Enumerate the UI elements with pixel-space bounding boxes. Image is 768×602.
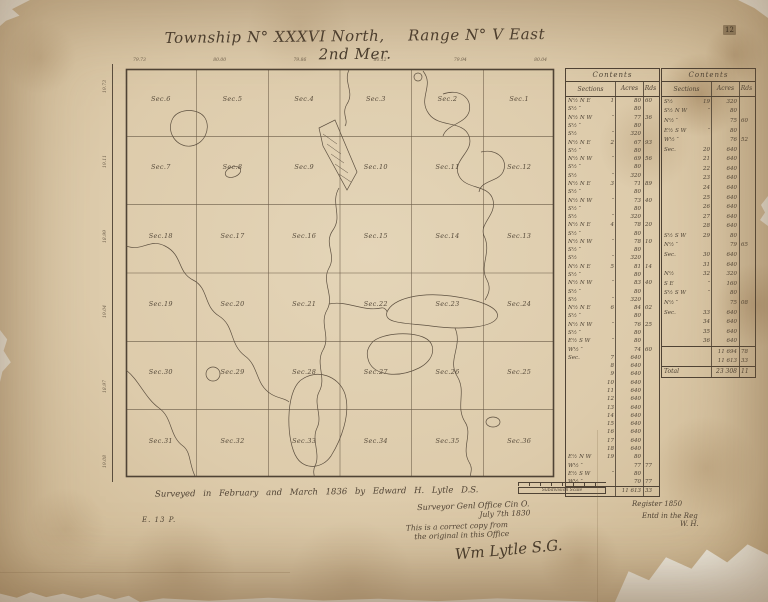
table-row: 34 640 <box>662 317 755 327</box>
boundary-measurement: 80.12 <box>374 58 387 63</box>
rods-value <box>643 172 657 180</box>
table-row: N½ N W ″ 73 40 <box>566 196 659 204</box>
rods-value <box>643 395 657 403</box>
section-number: ″ <box>698 108 711 114</box>
acres-value: 320 <box>615 296 643 304</box>
acres-value: 640 <box>615 428 643 436</box>
table-row: Total 23 308 11 <box>662 366 755 377</box>
section-label: Sec.12 <box>483 136 555 204</box>
north-boundary-measurements: 79.7380.0079.8680.1279.9480.04 <box>133 58 547 63</box>
table-row: W½ ″ 77 77 <box>566 461 659 469</box>
boundary-measurement: 79.86 <box>293 58 306 63</box>
section-label: Sec.36 <box>483 410 555 478</box>
section-number: 24 <box>698 185 711 191</box>
subdivision-scale-bar: Subdivision Scale <box>518 482 606 494</box>
acres-value: 640 <box>711 202 739 212</box>
subdivision-desc: S½ <box>566 173 602 179</box>
rods-value: 52 <box>739 135 753 145</box>
section-number: 5 <box>602 264 615 270</box>
acres-value: 640 <box>615 379 643 387</box>
subdivision-desc: S½ <box>566 297 602 303</box>
section-number: ″ <box>602 131 615 137</box>
section-label: Sec.18 <box>125 205 197 273</box>
rods-value: 02 <box>643 304 657 312</box>
subdivision-desc: E½ S W <box>566 471 602 477</box>
table-row: S½ ″ 80 <box>566 271 659 279</box>
acres-value: 80 <box>711 231 739 241</box>
section-label: Sec.23 <box>412 273 484 341</box>
subdivision-desc: N½ <box>662 271 698 277</box>
rods-value <box>643 420 657 428</box>
subdivision-desc: W½ ″ <box>566 347 602 353</box>
table-row: 28 640 <box>662 222 755 232</box>
table-row: E½ S W ″ 80 <box>566 337 659 345</box>
table-body: S½ 19 320 S½ N W ″ 80 N½ ″ 75 60 E½ S W <box>662 97 755 377</box>
boundary-measurement: 18.97 <box>102 380 107 393</box>
acres-value: 640 <box>711 154 739 164</box>
table-column-headers: Sections Acres Rds <box>566 82 659 97</box>
subdivision-desc: N½ N E <box>566 98 602 104</box>
acres-value: 69 <box>615 155 643 163</box>
rods-value <box>643 163 657 171</box>
subdivision-desc: S½ ″ <box>566 189 602 195</box>
section-number: 23 <box>698 175 711 181</box>
table-row: 18 640 <box>566 445 659 453</box>
table-title: Contents <box>662 69 755 82</box>
section-label: Sec.31 <box>125 410 197 478</box>
acres-value: 80 <box>615 188 643 196</box>
subdivision-desc: S½ ″ <box>566 330 602 336</box>
table-row: W½ ″ 74 60 <box>566 345 659 353</box>
register-block: Register 1850 Entd in the Reg W. H. <box>614 500 744 528</box>
section-number: 4 <box>602 222 615 228</box>
table-row: E½ S W ″ 80 <box>566 470 659 478</box>
table-row: 21 640 <box>662 154 755 164</box>
subdivision-desc: N½ N W <box>566 239 602 245</box>
table-row: N½ N E 4 78 20 <box>566 221 659 229</box>
table-row: S½ ″ 80 <box>566 205 659 213</box>
table-row: 11 613 33 <box>662 357 755 367</box>
table-row: N½ N E 6 84 02 <box>566 304 659 312</box>
acres-value: 83 <box>615 279 643 287</box>
rods-value: 11 <box>739 367 753 377</box>
section-number: 25 <box>698 195 711 201</box>
acres-value: 80 <box>615 287 643 295</box>
subdivision-desc: N½ N E <box>566 305 602 311</box>
rods-value: 36 <box>643 114 657 122</box>
section-number: ″ <box>698 290 711 296</box>
acres-value: 640 <box>615 412 643 420</box>
section-label: Sec.33 <box>268 410 340 478</box>
rods-value <box>739 126 753 136</box>
subdivision-desc: W½ ″ <box>662 137 698 143</box>
section-number: 19 <box>602 454 615 460</box>
acres-value: 80 <box>615 230 643 238</box>
rods-value <box>739 164 753 174</box>
subdivision-desc: W½ ″ <box>566 463 602 469</box>
meridian-line <box>112 64 113 482</box>
table-row: S½ ″ 320 <box>566 254 659 262</box>
table-row: N½ N W ″ 83 40 <box>566 279 659 287</box>
table-row: 8 640 <box>566 362 659 370</box>
acres-value: 76 <box>615 321 643 329</box>
subdivision-desc: S½ ″ <box>566 247 602 253</box>
scale-ruler <box>518 482 606 486</box>
acres-value: 80 <box>615 453 643 461</box>
certification-block: Surveyor Genl Office Cin O. July 7th 183… <box>387 496 629 561</box>
table-row: S½ ″ 320 <box>566 296 659 304</box>
table-row: S½ ″ 320 <box>566 213 659 221</box>
table-row: N½ N W ″ 76 25 <box>566 321 659 329</box>
rods-value <box>739 308 753 318</box>
rods-value: 33 <box>739 357 753 367</box>
acres-value: 75 <box>711 298 739 308</box>
col-rds: Rds <box>643 82 657 96</box>
table-row: N½ ″ 75 08 <box>662 298 755 308</box>
scale-label: Subdivision Scale <box>518 487 606 494</box>
rods-value <box>643 130 657 138</box>
acres-value: 80 <box>711 289 739 299</box>
rods-value <box>643 412 657 420</box>
acres-value: 78 <box>615 221 643 229</box>
table-row: 11 640 <box>566 387 659 395</box>
subdivision-desc: S½ ″ <box>566 106 602 112</box>
subdivision-desc: S½ ″ <box>566 148 602 154</box>
section-number: ″ <box>602 115 615 121</box>
subdivision-desc: E½ N W <box>566 454 602 460</box>
rods-value <box>739 145 753 155</box>
acres-value: 640 <box>615 420 643 428</box>
boundary-measurement: 79.94 <box>454 58 467 63</box>
section-label: Sec.16 <box>268 205 340 273</box>
table-row: 15 640 <box>566 420 659 428</box>
rods-value <box>643 453 657 461</box>
table-row: Sec. 30 640 <box>662 250 755 260</box>
table-row: 16 640 <box>566 428 659 436</box>
table-row: 17 640 <box>566 437 659 445</box>
township-plat-map: Sec.6Sec.5Sec.4Sec.3Sec.2Sec.1Sec.7Sec.8… <box>125 68 555 478</box>
rods-value <box>739 250 753 260</box>
table-row: 9 640 <box>566 370 659 378</box>
rods-value <box>643 428 657 436</box>
page-number-stamp: 12 <box>723 25 736 35</box>
acres-value: 11 613 <box>711 357 739 367</box>
rods-value: 93 <box>643 138 657 146</box>
rods-value: 25 <box>643 321 657 329</box>
section-number: 15 <box>602 421 615 427</box>
acres-value: 74 <box>615 345 643 353</box>
rods-value: 10 <box>643 238 657 246</box>
section-number: 22 <box>698 166 711 172</box>
rods-value <box>739 327 753 337</box>
table-row: S½ N W ″ 80 <box>662 107 755 117</box>
table-body: N½ N E 1 80 60 S½ ″ 80 N½ N W ″ 77 36 S½… <box>566 97 659 496</box>
section-number: 6 <box>602 305 615 311</box>
subdivision-desc: S½ <box>566 131 602 137</box>
section-number: ″ <box>602 322 615 328</box>
table-row: 12 640 <box>566 395 659 403</box>
table-row: S½ S W 29 80 <box>662 231 755 241</box>
rods-value <box>739 107 753 117</box>
section-number: 1 <box>602 98 615 104</box>
plat-reference-note: E. 13 P. <box>142 516 176 524</box>
section-label: Sec.25 <box>483 341 555 409</box>
section-number: ″ <box>602 255 615 261</box>
table-row: 23 640 <box>662 174 755 184</box>
section-number: ″ <box>602 173 615 179</box>
township-title: Township N° XXXVI North, <box>165 27 385 47</box>
subdivision-desc: Sec. <box>566 355 602 361</box>
section-label: Sec.32 <box>197 410 269 478</box>
section-number: ″ <box>602 280 615 286</box>
section-label: Sec.27 <box>340 341 412 409</box>
subdivision-desc: Total <box>662 368 698 375</box>
acres-value: 11 694 <box>711 347 739 357</box>
table-row: Sec. 20 640 <box>662 145 755 155</box>
section-number: ″ <box>602 239 615 245</box>
section-label: Sec.6 <box>125 68 197 136</box>
rods-value <box>643 403 657 411</box>
subdivision-desc: S½ ″ <box>566 206 602 212</box>
table-row: N½ 32 320 <box>662 269 755 279</box>
section-number: ″ <box>602 471 615 477</box>
section-label: Sec.35 <box>412 410 484 478</box>
rods-value <box>739 154 753 164</box>
table-row: S E ″ 160 <box>662 279 755 289</box>
rods-value <box>739 212 753 222</box>
rods-value <box>643 445 657 453</box>
section-number: 34 <box>698 319 711 325</box>
rods-value <box>739 269 753 279</box>
section-number: 12 <box>602 396 615 402</box>
acres-value: 79 <box>711 241 739 251</box>
rods-value <box>643 122 657 130</box>
subdivision-desc: N½ N W <box>566 280 602 286</box>
subdivision-desc: N½ N W <box>566 198 602 204</box>
rods-value: 89 <box>643 180 657 188</box>
acres-value: 640 <box>711 174 739 184</box>
rods-value: 20 <box>643 221 657 229</box>
rods-value <box>739 317 753 327</box>
rods-value: 33 <box>643 487 657 495</box>
acres-value: 320 <box>711 97 739 107</box>
section-number: 35 <box>698 329 711 335</box>
section-label: Sec.34 <box>340 410 412 478</box>
section-label: Sec.19 <box>125 273 197 341</box>
section-label: Sec.15 <box>340 205 412 273</box>
boundary-measurement: 19.08 <box>102 455 107 468</box>
subdivision-desc: N½ N E <box>566 264 602 270</box>
col-acres: Acres <box>615 82 643 96</box>
table-row: 24 640 <box>662 183 755 193</box>
acres-value: 11 613 <box>615 487 643 495</box>
section-label: Sec.24 <box>483 273 555 341</box>
acres-value: 640 <box>615 395 643 403</box>
subdivision-desc: S½ ″ <box>566 289 602 295</box>
table-row: S½ S W ″ 80 <box>662 289 755 299</box>
section-number: 33 <box>698 310 711 316</box>
table-row: Sec. 7 640 <box>566 354 659 362</box>
acres-value: 640 <box>615 370 643 378</box>
acres-value: 80 <box>615 337 643 345</box>
subdivision-desc: N½ N E <box>566 222 602 228</box>
section-number: ″ <box>602 214 615 220</box>
section-label: Sec.14 <box>412 205 484 273</box>
table-row: W½ ″ 76 52 <box>662 135 755 145</box>
section-number: ″ <box>698 281 711 287</box>
acres-value: 320 <box>711 269 739 279</box>
table-row: S½ ″ 320 <box>566 130 659 138</box>
rods-value: 60 <box>643 345 657 353</box>
subdivision-desc: E½ S W <box>662 128 698 134</box>
acres-value: 76 <box>711 135 739 145</box>
acres-value: 640 <box>711 327 739 337</box>
acres-value: 80 <box>711 107 739 117</box>
section-number: 27 <box>698 214 711 220</box>
table-row: N½ N E 5 81 14 <box>566 263 659 271</box>
contents-table-right: Contents Sections Acres Rds S½ 19 320 S½… <box>661 68 756 378</box>
section-number: 8 <box>602 363 615 369</box>
rods-value <box>643 254 657 262</box>
subdivision-desc: N½ ″ <box>662 300 698 306</box>
boundary-measurement: 18.99 <box>102 230 107 243</box>
subdivision-desc: S½ ″ <box>566 272 602 278</box>
table-row: E½ S W ″ 80 <box>662 126 755 136</box>
subdivision-desc: S½ ″ <box>566 164 602 170</box>
rods-value: 65 <box>739 241 753 251</box>
acres-value: 77 <box>615 114 643 122</box>
subdivision-desc: Sec. <box>662 310 698 316</box>
section-number: 29 <box>698 233 711 239</box>
section-number: 3 <box>602 181 615 187</box>
table-row: N½ N W ″ 77 36 <box>566 114 659 122</box>
section-label: Sec.17 <box>197 205 269 273</box>
rods-value <box>739 183 753 193</box>
col-acres: Acres <box>711 82 739 96</box>
section-label: Sec.11 <box>412 136 484 204</box>
rods-value: 78 <box>739 347 753 357</box>
table-row: S½ ″ 80 <box>566 287 659 295</box>
boundary-measurement: 80.00 <box>213 58 226 63</box>
table-row: N½ N W ″ 78 10 <box>566 238 659 246</box>
section-number: 17 <box>602 438 615 444</box>
acres-value: 78 <box>615 238 643 246</box>
boundary-measurement: 19.73 <box>102 80 107 93</box>
section-number: 2 <box>602 140 615 146</box>
acres-value: 320 <box>615 130 643 138</box>
table-row: 11 694 78 <box>662 346 755 357</box>
section-number: 19 <box>698 99 711 105</box>
table-row: N½ N E 3 71 89 <box>566 180 659 188</box>
rods-value: 77 <box>643 478 657 486</box>
register-initials: W. H. <box>680 520 744 528</box>
acres-value: 80 <box>615 97 643 105</box>
subdivision-desc: S½ N W <box>662 108 698 114</box>
subdivision-desc: N½ N W <box>566 322 602 328</box>
acres-value: 640 <box>711 222 739 232</box>
acres-value: 80 <box>615 271 643 279</box>
section-number: 32 <box>698 271 711 277</box>
rods-value: 77 <box>643 461 657 469</box>
acres-value: 640 <box>615 362 643 370</box>
rods-value <box>643 312 657 320</box>
col-sections: Sections <box>566 86 615 93</box>
acres-value: 80 <box>615 122 643 130</box>
table-row: N½ ″ 79 65 <box>662 241 755 251</box>
rods-value <box>739 336 753 346</box>
section-number: 14 <box>602 413 615 419</box>
table-row: 10 640 <box>566 379 659 387</box>
table-row: S½ ″ 80 <box>566 246 659 254</box>
subdivision-desc: N½ ″ <box>662 242 698 248</box>
acres-value: 640 <box>711 308 739 318</box>
subdivision-desc: Sec. <box>662 147 698 153</box>
table-row: S½ 19 320 <box>662 97 755 107</box>
rods-value <box>643 205 657 213</box>
rods-value <box>643 287 657 295</box>
subdivision-desc: S½ ″ <box>566 231 602 237</box>
plat-map-page: Township N° XXXVI North, Range N° V East… <box>0 0 768 602</box>
section-number: ″ <box>602 198 615 204</box>
table-row: 25 640 <box>662 193 755 203</box>
acres-value: 80 <box>615 147 643 155</box>
section-number: 28 <box>698 223 711 229</box>
acres-value: 80 <box>615 105 643 113</box>
table-row: S½ ″ 80 <box>566 163 659 171</box>
acres-value: 70 <box>615 478 643 486</box>
rods-value: 40 <box>643 279 657 287</box>
table-row: S½ ″ 80 <box>566 188 659 196</box>
section-number: ″ <box>602 297 615 303</box>
section-number: 31 <box>698 262 711 268</box>
table-row: S½ ″ 80 <box>566 105 659 113</box>
acres-value: 80 <box>615 470 643 478</box>
section-label: Sec.7 <box>125 136 197 204</box>
table-column-headers: Sections Acres Rds <box>662 82 755 97</box>
boundary-measurement: 19.11 <box>102 155 107 168</box>
acres-value: 640 <box>711 164 739 174</box>
rods-value: 14 <box>643 263 657 271</box>
acres-value: 81 <box>615 263 643 271</box>
table-row: S½ ″ 80 <box>566 122 659 130</box>
rods-value <box>643 213 657 221</box>
boundary-measurement: 19.04 <box>102 305 107 318</box>
acres-value: 80 <box>615 246 643 254</box>
table-row: 36 640 <box>662 336 755 346</box>
acres-value: 640 <box>615 354 643 362</box>
rods-value <box>643 337 657 345</box>
table-row: S½ ″ 80 <box>566 230 659 238</box>
section-number: 18 <box>602 446 615 452</box>
rods-value <box>739 260 753 270</box>
table-row: Sec. 33 640 <box>662 308 755 318</box>
section-label: Sec.21 <box>268 273 340 341</box>
subdivision-desc: N½ N W <box>566 115 602 121</box>
subdivision-desc: S E <box>662 281 698 287</box>
acres-value: 80 <box>615 312 643 320</box>
rods-value <box>739 97 753 107</box>
table-row: N½ ″ 75 60 <box>662 116 755 126</box>
rods-value <box>643 354 657 362</box>
rods-value <box>739 222 753 232</box>
subdivision-desc: S½ <box>566 214 602 220</box>
table-row: S½ ″ 320 <box>566 172 659 180</box>
section-number: 36 <box>698 338 711 344</box>
col-sections: Sections <box>662 86 711 93</box>
subdivision-desc: N½ N E <box>566 140 602 146</box>
section-label: Sec.3 <box>340 68 412 136</box>
section-number: ″ <box>602 338 615 344</box>
